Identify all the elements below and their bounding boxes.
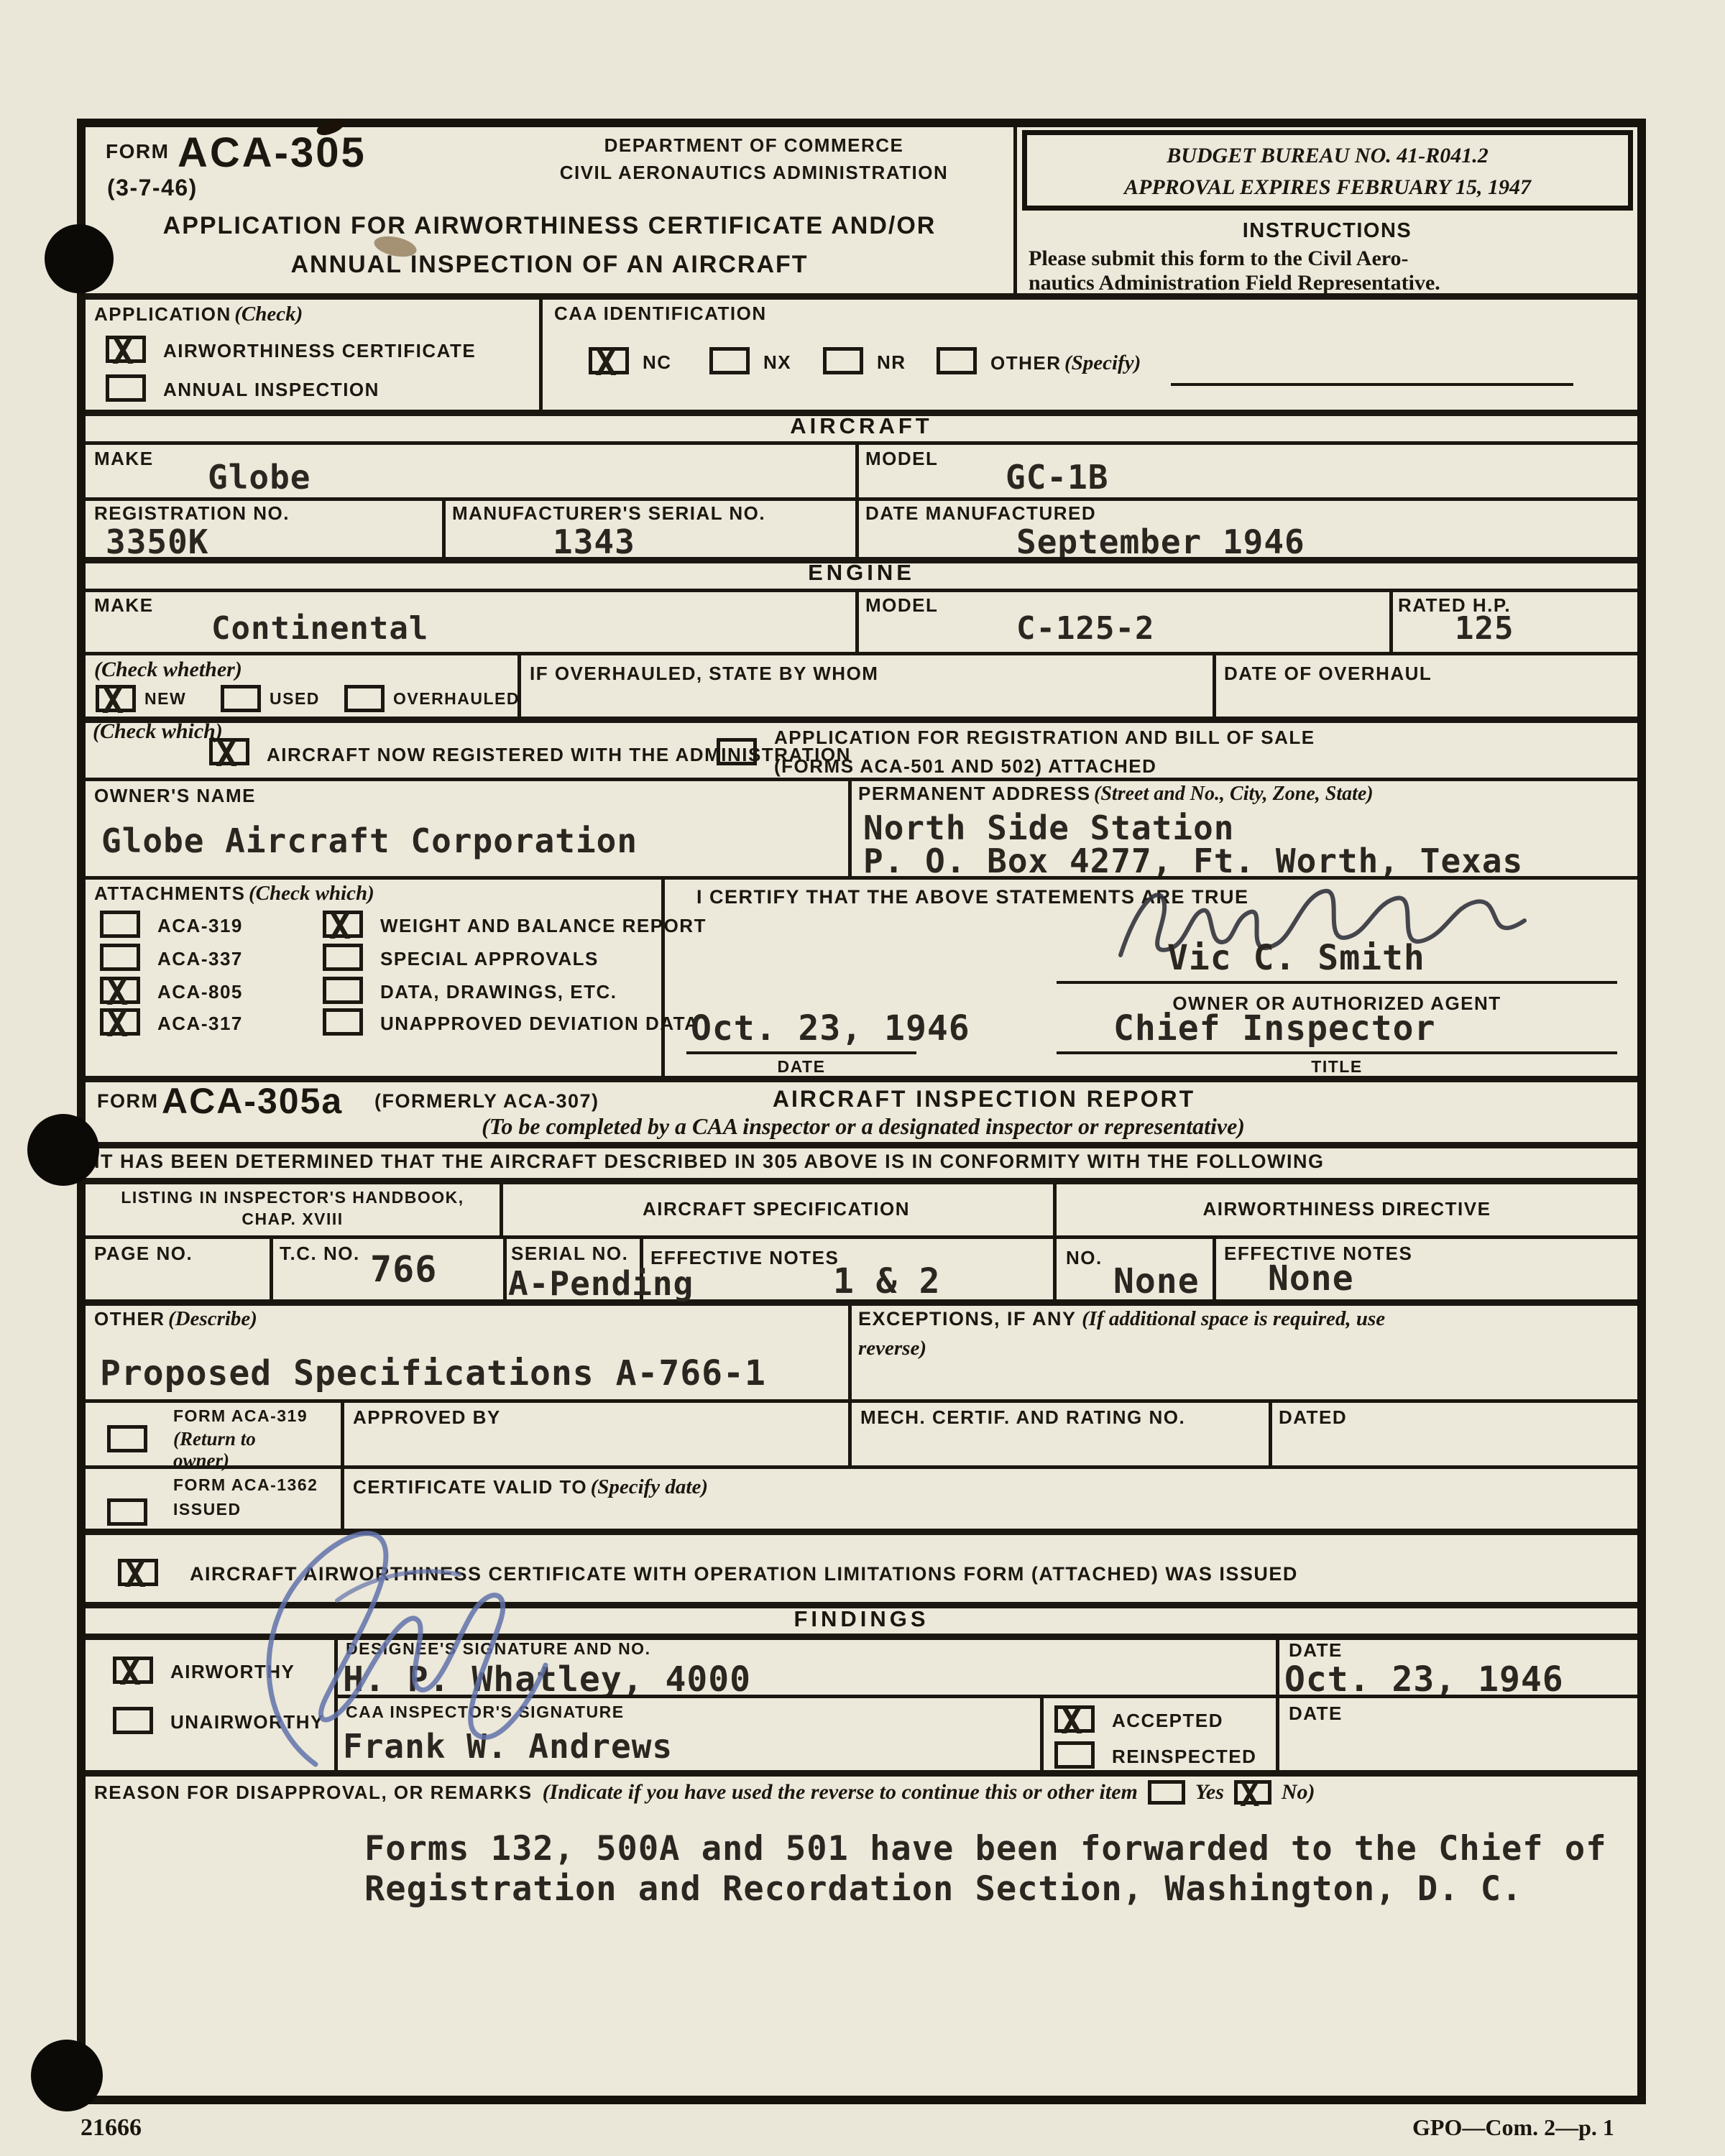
remarks-yes-checkbox[interactable] — [1148, 1780, 1185, 1805]
certify-date-label: DATE — [686, 1057, 916, 1077]
registered-label: AIRCRAFT NOW REGISTERED WITH THE ADMINIS… — [267, 744, 851, 766]
rule — [1053, 1178, 1057, 1235]
other-label: OTHER — [990, 352, 1062, 374]
check-whether-hint: (Check whether) — [94, 658, 242, 682]
rule — [86, 1142, 1637, 1148]
aircraft-model-label: MODEL — [865, 448, 938, 470]
checkbox-mark: X — [216, 733, 237, 775]
checkbox-mark: X — [1061, 1700, 1082, 1742]
form-aca-1362-label: FORM ACA-1362 — [173, 1475, 318, 1495]
punch-hole — [27, 1114, 99, 1186]
exceptions-label-block: EXCEPTIONS, IF ANY (If additional space … — [858, 1307, 1627, 1360]
owners-name-value[interactable]: Globe Aircraft Corporation — [101, 821, 638, 860]
serial-no-value[interactable]: 1343 — [553, 522, 635, 561]
other-describe-label: OTHER — [94, 1308, 165, 1330]
certificate-issued-checkbox[interactable]: X — [118, 1559, 158, 1586]
budget-bureau-box: BUDGET BUREAU NO. 41-R041.2 APPROVAL EXP… — [1022, 130, 1633, 211]
reinspected-label: REINSPECTED — [1112, 1746, 1256, 1768]
airworthiness-certificate-checkbox[interactable]: X — [106, 336, 146, 363]
airworthiness-directive-header: AIRWORTHINESS DIRECTIVE — [1053, 1198, 1641, 1220]
rule — [661, 876, 665, 1076]
directive-no-label: NO. — [1066, 1247, 1103, 1269]
accepted-checkbox[interactable]: X — [1054, 1705, 1095, 1733]
aca-319-label: ACA-319 — [157, 915, 243, 937]
form-title-line2: ANNUAL INSPECTION OF AN AIRCRAFT — [86, 251, 1013, 279]
rule — [517, 652, 521, 717]
form-aca-1362-checkbox[interactable] — [107, 1498, 147, 1526]
title-line[interactable] — [1057, 1051, 1617, 1054]
other-specify-line[interactable] — [1171, 383, 1573, 386]
instructions-line2: nautics Administration Field Representat… — [1029, 271, 1440, 295]
spec-eff-notes-value[interactable]: 1 & 2 — [833, 1261, 941, 1302]
reinspected-checkbox[interactable] — [1054, 1741, 1095, 1769]
rule — [86, 1178, 1637, 1184]
rule — [855, 497, 859, 557]
certify-title-label: TITLE — [1057, 1057, 1617, 1077]
checkbox-mark: X — [112, 331, 134, 372]
rule — [442, 497, 446, 557]
owner-signed-name[interactable]: Vic C. Smith — [1167, 938, 1425, 978]
aca-319-checkbox[interactable] — [100, 911, 140, 938]
spec-serial-label: SERIAL NO. — [511, 1243, 628, 1265]
aircraft-section-title: AIRCRAFT — [86, 413, 1637, 439]
rule — [86, 589, 1637, 592]
instructions-line1: Please submit this form to the Civil Aer… — [1029, 247, 1409, 271]
engine-new-label: NEW — [144, 689, 186, 709]
approval-expires: APPROVAL EXPIRES FEBRUARY 15, 1947 — [1027, 175, 1628, 200]
date-manufactured-value[interactable]: September 1946 — [1016, 522, 1305, 561]
form-305a-label: FORM — [97, 1090, 158, 1112]
signature-line[interactable] — [1057, 981, 1617, 984]
handbook-header-line2: CHAP. XVIII — [86, 1210, 500, 1229]
engine-new-checkbox[interactable]: X — [96, 685, 136, 712]
nc-checkbox[interactable]: X — [589, 347, 629, 374]
approved-by-label: APPROVED BY — [353, 1406, 501, 1429]
rule — [86, 1465, 1637, 1469]
engine-make-value[interactable]: Continental — [211, 610, 428, 647]
airworthiness-certificate-label: AIRWORTHINESS CERTIFICATE — [163, 340, 476, 362]
nx-label: NX — [763, 351, 791, 374]
remarks-no-checkbox[interactable]: X — [1234, 1780, 1271, 1805]
rule — [270, 1235, 273, 1299]
owners-name-label: OWNER'S NAME — [94, 785, 256, 807]
rule — [855, 589, 859, 652]
aircraft-spec-header: AIRCRAFT SPECIFICATION — [500, 1198, 1053, 1220]
weight-balance-label: WEIGHT AND BALANCE REPORT — [380, 915, 707, 937]
permanent-address-hint: (Street and No., City, Zone, State) — [1094, 783, 1374, 805]
budget-bureau-no: BUDGET BUREAU NO. 41-R041.2 — [1027, 144, 1628, 168]
rule — [500, 1178, 503, 1235]
aircraft-model-value[interactable]: GC-1B — [1006, 458, 1108, 497]
mech-certif-label: MECH. CERTIF. AND RATING NO. — [860, 1406, 1185, 1429]
instructions-title: INSTRUCTIONS — [1013, 219, 1641, 243]
remarks-body-line2[interactable]: Registration and Recordation Section, Wa… — [364, 1869, 1522, 1909]
form-date: (3-7-46) — [107, 175, 198, 201]
engine-model-value[interactable]: C-125-2 — [1016, 610, 1154, 647]
rule — [86, 1235, 1637, 1239]
engine-make-label: MAKE — [94, 594, 154, 617]
checkbox-mark: X — [119, 1651, 141, 1693]
conformity-statement: IT HAS BEEN DETERMINED THAT THE AIRCRAFT… — [94, 1151, 1325, 1173]
overhauled-by-whom-label: IF OVERHAULED, STATE BY WHOM — [530, 663, 878, 685]
form-number: ACA-305 — [178, 129, 367, 177]
rated-hp-value[interactable]: 125 — [1455, 610, 1514, 647]
remarks-body-line1[interactable]: Forms 132, 500A and 501 have been forwar… — [364, 1829, 1607, 1869]
remarks-hint: (Indicate if you have used the reverse t… — [543, 1780, 1138, 1805]
other-describe-hint: (Describe) — [168, 1307, 257, 1330]
airworthy-checkbox[interactable]: X — [113, 1657, 153, 1684]
caa-identification-label: CAA IDENTIFICATION — [554, 303, 767, 325]
rule — [1013, 127, 1017, 293]
rule — [848, 1399, 852, 1465]
form-305a-formerly: (FORMERLY ACA-307) — [374, 1090, 599, 1112]
rule — [86, 293, 1637, 300]
registration-no-value[interactable]: 3350K — [106, 522, 208, 561]
tc-no-label: T.C. NO. — [280, 1243, 360, 1265]
certify-date-value[interactable]: Oct. 23, 1946 — [691, 1008, 970, 1049]
application-label: APPLICATION — [94, 303, 231, 325]
rule — [848, 1299, 852, 1399]
form-aca-319-checkbox[interactable] — [107, 1425, 147, 1452]
special-approvals-checkbox[interactable] — [323, 944, 363, 971]
unapproved-deviation-checkbox[interactable] — [323, 1008, 363, 1036]
dept-line1: DEPARTMENT OF COMMERCE — [488, 134, 1020, 157]
certificate-valid-hint: (Specify date) — [591, 1475, 708, 1498]
rule — [86, 1299, 1637, 1306]
scanned-form-page: { "colors":{"paper":"#ece8da","ink":"#1a… — [0, 0, 1725, 2156]
return-to-line1: (Return to — [173, 1428, 256, 1450]
rule — [539, 293, 543, 410]
registration-no-label: REGISTRATION NO. — [94, 502, 290, 525]
nr-checkbox[interactable] — [823, 347, 863, 374]
aca-805-label: ACA-805 — [157, 981, 243, 1003]
inspection-report-title: AIRCRAFT INSPECTION REPORT — [589, 1086, 1379, 1112]
application-hint: (Check) — [234, 303, 303, 326]
date-manufactured-label: DATE MANUFACTURED — [865, 502, 1096, 525]
checkbox-mark: X — [106, 1003, 128, 1045]
rule — [1213, 1235, 1216, 1299]
other-specify-hint: (Specify) — [1064, 351, 1141, 374]
unairworthy-checkbox[interactable] — [113, 1707, 153, 1734]
rule — [1276, 1634, 1279, 1695]
annual-inspection-checkbox[interactable] — [106, 374, 146, 402]
engine-used-label: USED — [270, 689, 320, 709]
unapproved-deviation-label: UNAPPROVED DEVIATION DATA — [380, 1013, 699, 1035]
rule — [503, 1235, 507, 1299]
engine-used-checkbox[interactable] — [221, 685, 261, 712]
aca-317-checkbox[interactable]: X — [100, 1008, 140, 1036]
other-checkbox[interactable] — [937, 347, 977, 374]
page-no-label: PAGE NO. — [94, 1243, 193, 1265]
rule — [1213, 652, 1216, 717]
remarks-no-label: No) — [1282, 1780, 1315, 1805]
rule — [848, 778, 852, 876]
aca-337-label: ACA-337 — [157, 948, 243, 970]
other-describe-value[interactable]: Proposed Specifications A-766-1 — [100, 1353, 766, 1393]
rule — [86, 1399, 1637, 1403]
aca-337-checkbox[interactable] — [100, 944, 140, 971]
rule — [86, 497, 1637, 501]
form-number-label: FORM — [106, 140, 169, 163]
form-aca-319-label: FORM ACA-319 — [173, 1406, 308, 1426]
permanent-address-label: PERMANENT ADDRESS — [858, 783, 1091, 804]
aca-317-label: ACA-317 — [157, 1013, 243, 1035]
rule — [341, 1399, 344, 1465]
rule — [86, 717, 1637, 723]
exceptions-label: EXCEPTIONS, IF ANY — [858, 1308, 1077, 1330]
checkbox-mark: X — [102, 680, 124, 722]
directive-eff-notes-value[interactable]: None — [1268, 1258, 1354, 1299]
bill-of-sale-checkbox[interactable] — [717, 738, 757, 765]
rule — [86, 652, 1637, 655]
rule — [1053, 1235, 1057, 1299]
date-of-overhaul-label: DATE OF OVERHAUL — [1224, 663, 1432, 685]
rule — [1276, 1695, 1279, 1770]
tc-no-value[interactable]: 766 — [370, 1248, 437, 1290]
annual-inspection-label: ANNUAL INSPECTION — [163, 379, 379, 401]
rule — [1389, 589, 1393, 652]
dated-label: DATED — [1279, 1406, 1347, 1429]
rule — [855, 441, 859, 497]
aircraft-make-value[interactable]: Globe — [208, 458, 310, 497]
directive-no-value[interactable]: None — [1113, 1261, 1200, 1302]
remarks-label: REASON FOR DISAPPROVAL, OR REMARKS — [94, 1782, 533, 1804]
attachments-hint: (Check which) — [249, 882, 374, 905]
form-sheet: FORM ACA-305 (3-7-46) DEPARTMENT OF COMM… — [77, 119, 1646, 2104]
serial-no-label: MANUFACTURER'S SERIAL NO. — [452, 502, 765, 525]
bill-of-sale-label-line2: (FORMS ACA-501 AND 502) ATTACHED — [774, 755, 1156, 778]
remarks-yes-label: Yes — [1195, 1780, 1224, 1805]
bill-of-sale-label-line1: APPLICATION FOR REGISTRATION AND BILL OF… — [774, 727, 1315, 749]
findings-date2-label: DATE — [1289, 1703, 1343, 1725]
punch-hole — [45, 224, 114, 293]
aca-805-checkbox[interactable]: X — [100, 977, 140, 1004]
certify-title-value[interactable]: Chief Inspector — [1113, 1008, 1435, 1049]
handbook-header-line1: LISTING IN INSPECTOR'S HANDBOOK, — [86, 1188, 500, 1207]
rule — [1040, 1695, 1044, 1770]
gpo-footer: GPO—Com. 2—p. 1 — [1412, 2114, 1614, 2141]
check-which-hint: (Check which) — [93, 719, 223, 744]
data-drawings-label: DATA, DRAWINGS, ETC. — [380, 981, 617, 1003]
engine-model-label: MODEL — [865, 594, 938, 617]
checkbox-mark: X — [1240, 1775, 1260, 1814]
certificate-valid-label: CERTIFICATE VALID TO — [353, 1476, 587, 1498]
data-drawings-checkbox[interactable] — [323, 977, 363, 1004]
dept-line2: CIVIL AERONAUTICS ADMINISTRATION — [488, 162, 1020, 184]
inspection-report-subtitle: (To be completed by a CAA inspector or a… — [86, 1113, 1641, 1140]
registered-checkbox[interactable]: X — [209, 738, 249, 765]
rule — [1269, 1399, 1272, 1465]
engine-overhauled-label: OVERHAULED — [393, 689, 520, 709]
checkbox-mark: X — [329, 906, 351, 947]
punch-hole — [31, 2040, 103, 2111]
checkbox-mark: X — [595, 342, 617, 384]
findings-date-value[interactable]: Oct. 23, 1946 — [1284, 1659, 1564, 1700]
attachments-label: ATTACHMENTS — [94, 883, 246, 904]
engine-overhauled-checkbox[interactable] — [344, 685, 385, 712]
exceptions-hint1: (If additional space is required, use — [1082, 1307, 1385, 1330]
nr-label: NR — [877, 351, 906, 374]
findings-date-label: DATE — [1289, 1639, 1343, 1662]
form-title-line1: APPLICATION FOR AIRWORTHINESS CERTIFICAT… — [86, 212, 1013, 240]
rule — [86, 441, 1637, 445]
whatley-signature — [229, 1514, 567, 1773]
print-order-number: 21666 — [80, 2114, 142, 2142]
exceptions-hint2: reverse) — [858, 1337, 1627, 1360]
weight-balance-checkbox[interactable]: X — [323, 911, 363, 938]
aircraft-make-label: MAKE — [94, 448, 154, 470]
rule — [86, 778, 1637, 781]
nc-label: NC — [643, 351, 672, 374]
checkbox-mark: X — [124, 1554, 146, 1595]
nx-checkbox[interactable] — [709, 347, 750, 374]
remarks-label-row: REASON FOR DISAPPROVAL, OR REMARKS (Indi… — [94, 1780, 1315, 1805]
spec-serial-value[interactable]: A-Pending — [508, 1264, 694, 1303]
accepted-label: ACCEPTED — [1112, 1710, 1223, 1732]
date-line[interactable] — [686, 1051, 916, 1054]
engine-section-title: ENGINE — [86, 560, 1637, 586]
special-approvals-label: SPECIAL APPROVALS — [380, 948, 599, 970]
